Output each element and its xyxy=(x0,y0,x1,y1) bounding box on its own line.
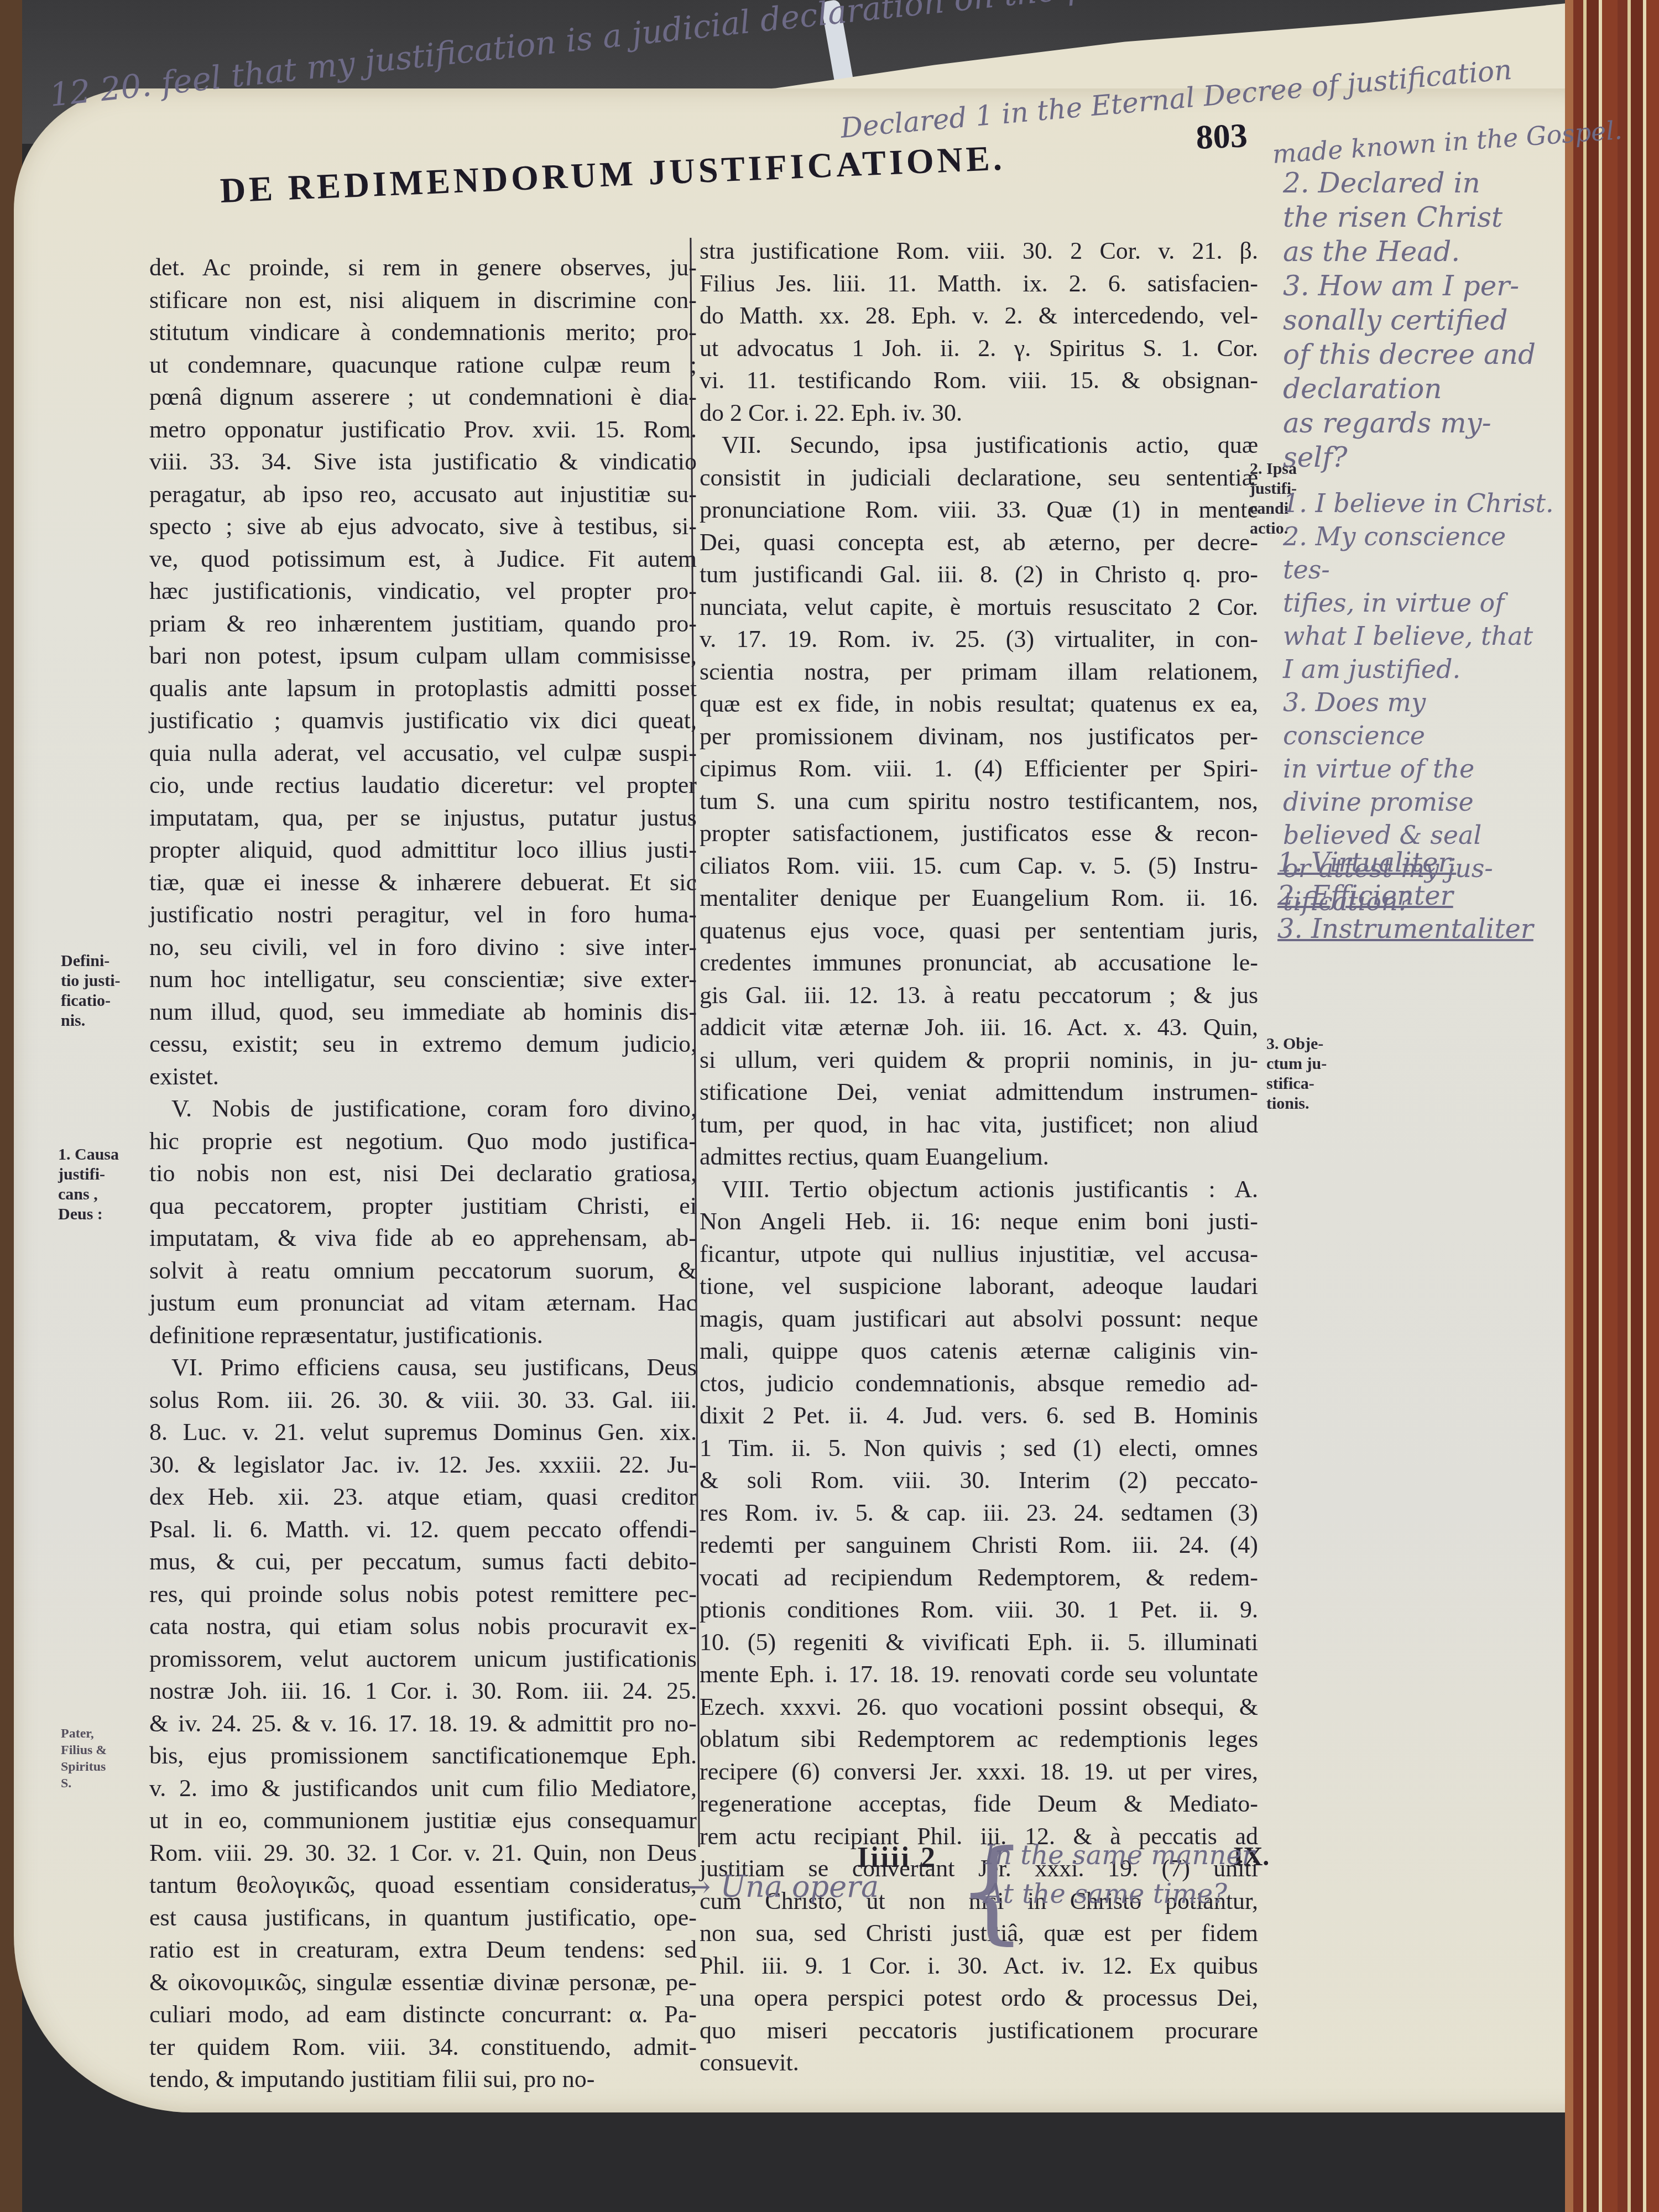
handwritten-margin-note-1: 2. Declared inthe risen Christas the Hea… xyxy=(1283,166,1548,474)
text-line: vocati ad recipiendum Redemptorem, & red… xyxy=(700,1562,1258,1594)
text-line: per promissionem divinam, nos justificat… xyxy=(700,721,1258,753)
text-line: res Rom. iv. 5. & cap. iii. 23. 24. sedt… xyxy=(700,1497,1258,1530)
text-line: justificatio ; quamvis justificatio vix … xyxy=(149,705,697,737)
text-line: VI. Primo efficiens causa, seu justifica… xyxy=(149,1352,697,1384)
text-line: bis, ejus promissionem sanctificationemq… xyxy=(149,1740,697,1772)
text-line: tio nobis non est, nisi Dei declaratio g… xyxy=(149,1157,697,1190)
text-line: mus, & cui, per peccatum, sumus facti de… xyxy=(149,1546,697,1578)
text-line: quia nulla aderat, vel accusatio, vel cu… xyxy=(149,737,697,770)
sidenote-objectum: 3. Obje-ctum ju-stifica-tionis. xyxy=(1266,1034,1327,1114)
text-line: Filius & xyxy=(61,1742,107,1759)
text-line: justum eum pronunciat ad vitam æternam. … xyxy=(149,1287,697,1319)
text-line: Rom. viii. 29. 30. 32. 1 Cor. v. 21. Qui… xyxy=(149,1837,697,1870)
text-line: Deus : xyxy=(58,1204,119,1224)
text-line: Ezech. xxxvi. 26. quo vocationi possint … xyxy=(700,1691,1258,1724)
text-line: 3. Instrumentaliter xyxy=(1277,912,1554,946)
text-line: ter quidem Rom. viii. 34. constituendo, … xyxy=(149,2031,697,2064)
text-column-right: stra justificatione Rom. viii. 30. 2 Cor… xyxy=(700,235,1258,2079)
text-line: mentaliter denique per Euangelium Rom. i… xyxy=(700,882,1258,915)
text-line: 1. Virtualiter. xyxy=(1277,846,1554,879)
text-line: pœnâ dignum asserere ; ut condemnationi … xyxy=(149,381,697,414)
text-line: sonally certified xyxy=(1283,303,1548,337)
text-line: ut advocatus 1 Joh. ii. 2. γ. Spiritus S… xyxy=(700,332,1258,365)
text-line: consistit in judiciali declaratione, seu… xyxy=(700,462,1258,494)
text-line: Defini- xyxy=(61,951,121,971)
text-line: qualis ante lapsum in protoplastis admit… xyxy=(149,672,697,705)
text-line: quo miseri peccatoris justificationem pr… xyxy=(700,2015,1258,2047)
text-line: I am justified. xyxy=(1283,653,1559,686)
text-line: si ullum, veri quidem & proprii nominis,… xyxy=(700,1044,1258,1077)
text-line: solus Rom. iii. 26. 30. & viii. 30. 33. … xyxy=(149,1384,697,1417)
text-line: oblatum sibi Redemptorem ac redemptionis… xyxy=(700,1723,1258,1756)
text-line: tio justi- xyxy=(61,971,121,991)
text-line: quæ est ex fide, in nobis resultat; quat… xyxy=(700,688,1258,721)
text-line: Filius Jes. liii. 11. Matth. ix. 2. 6. s… xyxy=(700,268,1258,300)
text-line: declaration xyxy=(1283,372,1548,406)
text-line: propter aliquid, quod admittitur loco il… xyxy=(149,834,697,867)
text-line: propter satisfactionem, justificatos ess… xyxy=(700,817,1258,850)
text-line: At the same time? xyxy=(984,1875,1255,1913)
text-line: 1. I believe in Christ. xyxy=(1283,487,1559,520)
text-line: mali, quippe quos catenis æternæ caligin… xyxy=(700,1335,1258,1368)
text-line: qua peccatorem, propter justitiam Christ… xyxy=(149,1190,697,1223)
text-line: num hoc intelligatur, seu conscientiæ; s… xyxy=(149,963,697,996)
text-line: S. xyxy=(61,1775,107,1792)
text-line: ficantur, utpote qui nullius injustitiæ,… xyxy=(700,1238,1258,1271)
handwritten-una-opera: → Una opera xyxy=(686,1869,879,1905)
text-line: cans , xyxy=(58,1185,119,1204)
text-line: culiari modo, ad eam distincte concurran… xyxy=(149,1999,697,2031)
text-line: redemti per sanguinem Christi Rom. iii. … xyxy=(700,1529,1258,1562)
text-line: specto ; sive ab ejus advocato, sive à t… xyxy=(149,510,697,543)
text-line: num illud, quod, seu immediate ab homini… xyxy=(149,996,697,1029)
text-line: imputatam, qua, per se injustus, putatur… xyxy=(149,802,697,834)
text-line: quatenus ejus voce, quasi per sententiam… xyxy=(700,915,1258,947)
text-line: magis, quam justificari aut absolvi poss… xyxy=(700,1303,1258,1335)
text-line: do 2 Cor. i. 22. Eph. iv. 30. xyxy=(700,397,1258,430)
text-line: 2. Efficienter xyxy=(1277,879,1554,912)
text-line: nostræ Joh. iii. 16. 1 Cor. i. 30. Rom. … xyxy=(149,1675,697,1708)
text-line: stificatione Dei, veniat admittendum ins… xyxy=(700,1076,1258,1109)
text-line: V. Nobis de justificatione, coram foro d… xyxy=(149,1093,697,1125)
text-line: 8. Luc. v. 21. velut supremus Dominus Ge… xyxy=(149,1416,697,1449)
text-line: dixit 2 Pet. ii. 4. Jud. vers. 6. sed B.… xyxy=(700,1400,1258,1432)
text-line: ptionis conditiones Rom. viii. 30. 1 Pet… xyxy=(700,1594,1258,1626)
text-line: 3. Obje- xyxy=(1266,1034,1327,1054)
text-line: definitione repræsentatur, justification… xyxy=(149,1319,697,1352)
text-line: tum S. una cum spiritu nostro testifican… xyxy=(700,785,1258,818)
text-line: consuevit. xyxy=(700,2047,1258,2079)
text-line: bari non potest, ipsum culpam ullam comm… xyxy=(149,640,697,672)
text-line: solvit à reatu omnium peccatorum suorum,… xyxy=(149,1255,697,1287)
text-line: imputatam, & viva fide ab eo apprehensam… xyxy=(149,1222,697,1255)
text-line: 2. My conscience tes- xyxy=(1283,520,1559,586)
text-line: 1. Causa xyxy=(58,1145,119,1165)
text-line: the risen Christ xyxy=(1283,200,1548,234)
text-line: stifica- xyxy=(1266,1074,1327,1094)
text-line: justifi- xyxy=(58,1165,119,1185)
text-line: ratio est in creaturam, extra Deum tende… xyxy=(149,1934,697,1966)
text-line: tifies, in virtue of xyxy=(1283,586,1559,619)
text-line: & οἰκονομικῶς, singulæ essentiæ divinæ p… xyxy=(149,1966,697,1999)
text-line: Pater, xyxy=(61,1725,107,1742)
text-line: Psal. li. 6. Matth. vi. 12. quem peccato… xyxy=(149,1514,697,1546)
handwritten-same-time: In the same mannerAt the same time? xyxy=(984,1836,1255,1913)
text-line: recipere (6) conversi Jer. xxxi. 18. 19.… xyxy=(700,1756,1258,1788)
text-column-left: det. Ac proinde, si rem in genere observ… xyxy=(149,252,697,2096)
text-line: viii. 33. 34. Sive ista justificatio & v… xyxy=(149,446,697,478)
text-line: tantum θεολογικῶς, quoad essentiam consi… xyxy=(149,1869,697,1902)
text-line: as regards my- xyxy=(1283,406,1548,440)
text-line: existet. xyxy=(149,1061,697,1093)
text-line: do Matth. xx. 28. Eph. v. 2. & intercede… xyxy=(700,300,1258,332)
text-line: cio, unde rectius laudatio diceretur: ve… xyxy=(149,769,697,802)
text-line: ctum ju- xyxy=(1266,1054,1327,1074)
text-line: hic proprie est negotium. Quo modo justi… xyxy=(149,1125,697,1158)
text-line: metro opponatur justificatio Prov. xvii.… xyxy=(149,414,697,446)
text-line: det. Ac proinde, si rem in genere observ… xyxy=(149,252,697,284)
text-line: 1 Tim. ii. 5. Non quivis ; sed (1) elect… xyxy=(700,1432,1258,1465)
text-line: 3. How am I per- xyxy=(1283,269,1548,303)
text-line: 10. (5) regeniti & vivificati Eph. ii. 5… xyxy=(700,1626,1258,1659)
text-line: ficatio- xyxy=(61,991,121,1011)
text-line: peragatur, ab ipso reo, accusato aut inj… xyxy=(149,478,697,511)
text-line: Non Angeli Heb. ii. 16: neque enim boni … xyxy=(700,1206,1258,1238)
handwritten-margin-note-3: 1. Virtualiter.2. Efficienter3. Instrume… xyxy=(1277,846,1554,946)
sidenote-causa: 1. Causajustifi-cans ,Deus : xyxy=(58,1145,119,1224)
text-line: stificare non est, nisi aliquem in discr… xyxy=(149,284,697,317)
page-edges-stack xyxy=(1573,0,1659,2212)
text-line: hæc justificationis, vindicatio, vel pro… xyxy=(149,575,697,608)
text-line: admittes rectius, quam Euangelium. xyxy=(700,1141,1258,1173)
text-line: tum, per quod, in hac vita, justificet; … xyxy=(700,1109,1258,1141)
text-line: 30. & legislator Jac. iv. 12. Jes. xxxii… xyxy=(149,1449,697,1481)
text-line: Dei, quasi concepta est, ab æterno, per … xyxy=(700,526,1258,559)
text-line: divine promise xyxy=(1283,785,1559,818)
text-line: as the Head. xyxy=(1283,234,1548,269)
text-line: cipimus Rom. viii. 1. (4) Efficienter pe… xyxy=(700,753,1258,785)
text-line: & soli Rom. viii. 30. Interim (2) peccat… xyxy=(700,1464,1258,1497)
text-line: VII. Secundo, ipsa justificationis actio… xyxy=(700,429,1258,462)
text-line: & iv. 24. 25. & v. 16. 17. 18. 19. & adm… xyxy=(149,1708,697,1740)
text-line: tum justificandi Gal. iii. 8. (2) in Chr… xyxy=(700,559,1258,591)
text-line: vi. 11. testificando Rom. viii. 15. & ob… xyxy=(700,364,1258,397)
text-line: 3. Does my conscience xyxy=(1283,686,1559,752)
text-line: priam & reo inhærentem justitiam, quando… xyxy=(149,608,697,640)
sidenote-pater: Pater,Filius &SpiritusS. xyxy=(61,1725,107,1792)
text-line: no, seu civili, vel in foro divino : siv… xyxy=(149,931,697,964)
text-line: stra justificatione Rom. viii. 30. 2 Cor… xyxy=(700,235,1258,268)
text-line: nunciata, velut capite, è mortuis resusc… xyxy=(700,591,1258,624)
page-number: 803 xyxy=(1195,116,1248,158)
text-line: ut in eo, communionem justitiæ ejus cons… xyxy=(149,1804,697,1837)
text-line: of this decree and xyxy=(1283,337,1548,372)
text-line: pronunciatione Rom. viii. 33. Quæ (1) in… xyxy=(700,494,1258,526)
text-line: 2. Declared in xyxy=(1283,166,1548,200)
sidenote-definitio: Defini-tio justi-ficatio-nis. xyxy=(61,951,121,1031)
text-line: res, qui proinde solus nobis potest remi… xyxy=(149,1578,697,1611)
text-line: tione, vel suspicione laborant, adeoque … xyxy=(700,1270,1258,1303)
text-line: promissorem, velut auctorem unicum justi… xyxy=(149,1643,697,1676)
text-line: cata nostra, qui etiam solus nobis procu… xyxy=(149,1610,697,1643)
text-line: una opera perspici potest ordo & process… xyxy=(700,1982,1258,2015)
text-line: tiæ, quæ ei inesse & inhærere debuerat. … xyxy=(149,867,697,899)
text-line: ciliatos Rom. viii. 15. cum Cap. v. 5. (… xyxy=(700,850,1258,883)
text-line: v. 17. 19. Rom. iv. 25. (3) virtualiter,… xyxy=(700,623,1258,656)
text-line: stitutum vindicare à condemnationis meri… xyxy=(149,316,697,349)
text-line: self? xyxy=(1283,440,1548,474)
text-line: mente Eph. i. 17. 18. 19. renovati corde… xyxy=(700,1658,1258,1691)
text-line: ctos, judicio condemnationis, absque rem… xyxy=(700,1368,1258,1400)
text-line: ut condemnare, quacunque ratione culpæ r… xyxy=(149,349,697,382)
text-line: credentes immunes pronunciat, ab accusat… xyxy=(700,947,1258,979)
text-line: tendo, & imputando justitiam filii sui, … xyxy=(149,2063,697,2096)
text-line: In the same manner xyxy=(984,1836,1255,1875)
text-line: VIII. Tertio objectum actionis justifica… xyxy=(700,1173,1258,1206)
text-line: in virtue of the xyxy=(1283,752,1559,785)
text-line: justificatio nostri peragitur, vel in fo… xyxy=(149,899,697,931)
text-line: tionis. xyxy=(1266,1094,1327,1114)
text-line: Spiritus xyxy=(61,1759,107,1775)
text-line: addicit vitæ æternæ Joh. iii. 16. Act. x… xyxy=(700,1011,1258,1044)
text-line: gis Gal. iii. 12. 13. à reatu peccatorum… xyxy=(700,979,1258,1012)
text-line: est causa justificans, in quantum justif… xyxy=(149,1902,697,1934)
text-line: what I believe, that xyxy=(1283,619,1559,653)
text-line: cessu, existit; seu in extremo demum jud… xyxy=(149,1028,697,1061)
text-line: ve, quod potissimum est, à Judice. Fit a… xyxy=(149,543,697,576)
text-line: dex Heb. xii. 23. atque etiam, quasi cre… xyxy=(149,1481,697,1514)
text-line: nis. xyxy=(61,1011,121,1031)
text-line: regeneratione acceptas, fide Deum & Medi… xyxy=(700,1788,1258,1820)
text-line: scientia nostra, per primam illam relati… xyxy=(700,656,1258,688)
text-line: v. 2. imo & justificandos unit cum filio… xyxy=(149,1772,697,1805)
